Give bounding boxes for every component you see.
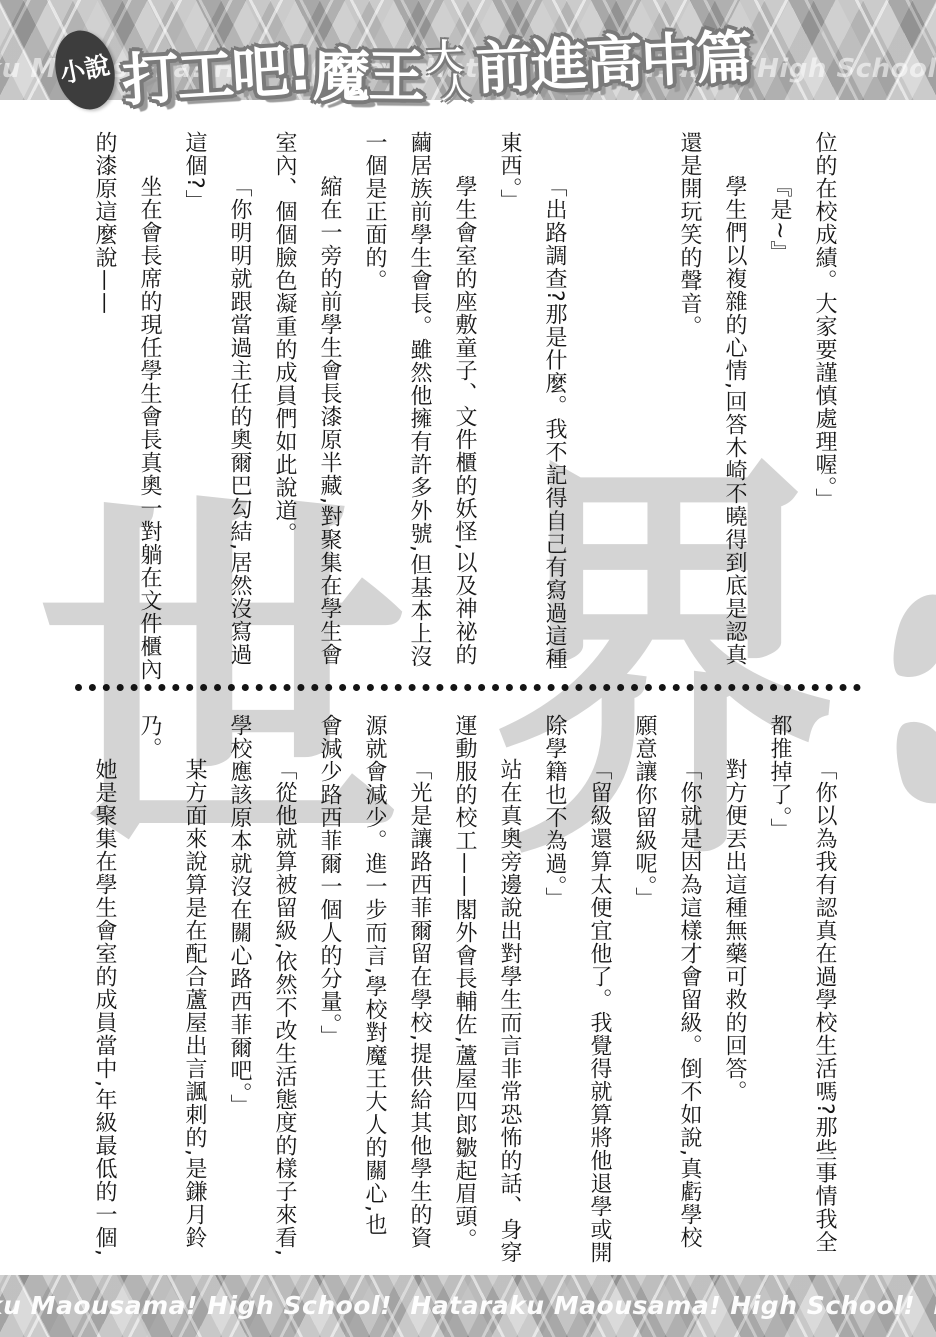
text-line: 某方面來說算是在配合蘆屋出言諷刺的,是鎌月鈴 <box>172 714 217 1266</box>
text-line: 運動服的校工——閣外會長輔佐,蘆屋四郎皺起眉頭。 <box>442 714 487 1266</box>
title-part-2: 魔王 <box>313 48 423 106</box>
text-line: 會減少路西菲爾一個人的分量。」 <box>307 714 352 1266</box>
title-block: 小說 打工吧! 魔王 大 人 前進高中篇 <box>56 24 751 116</box>
novel-badge: 小說 <box>47 24 123 116</box>
novel-badge-label: 小說 <box>58 53 112 88</box>
title-part-1: 打工吧! <box>121 42 313 110</box>
text-line: 學生們以複雜的心情,回答木崎不曉得到底是認真 <box>712 131 757 683</box>
text-line: 室內、個個臉色凝重的成員們如此說道。 <box>262 131 307 683</box>
text-line: 「你就是因為這樣才會留級。倒不如說,真虧學校 <box>667 714 712 1266</box>
text-line: 的漆原這麼說—— <box>82 131 127 683</box>
bottom-banner-text: ku Maousama! High School! Hataraku Maous… <box>0 1291 936 1320</box>
text-line: 源就會減少。進一步而言,學校對魔王大人的關心,也 <box>352 714 397 1266</box>
text-line: 除學籍也不為過。」 <box>532 714 577 1266</box>
text-line: 位的在校成績。大家要謹慎處理喔。」 <box>802 131 847 683</box>
watermark-partial-shape-bottom <box>888 715 936 811</box>
text-line: 對方便丟出這種無藥可救的回答。 <box>712 714 757 1266</box>
text-line: 「光是讓路西菲爾留在學校,提供給其他學生的資 <box>397 714 442 1266</box>
text-line: 都推掉了。」 <box>757 714 802 1266</box>
text-line: 「從他就算被留級,依然不改生活態度的樣子來看, <box>262 714 307 1266</box>
text-line: 這個?」 <box>172 131 217 683</box>
text-line: 「留級還算太便宜他了。我覺得就算將他退學或開 <box>577 714 622 1266</box>
text-line: 「你明明就跟當過主任的奧爾巴勾結,居然沒寫過 <box>217 131 262 683</box>
novel-text-bottom-section: 「你以為我有認真在過學校生活嗎?那些事情我全都推掉了。」對方便丟出這種無藥可救的… <box>75 714 847 1266</box>
text-line: 學校應該原本就沒在關心路西菲爾吧。」 <box>217 714 262 1266</box>
section-divider-dotted-line <box>75 684 861 691</box>
text-line: 「你以為我有認真在過學校生活嗎?那些事情我全 <box>802 714 847 1266</box>
title-small-bottom: 人 <box>441 74 471 101</box>
book-title: 打工吧! 魔王 大 人 前進高中篇 <box>121 33 751 108</box>
text-line: 『是~』 <box>757 131 802 683</box>
text-line: 繭居族前學生會長。雖然他擁有許多外號,但基本上沒 <box>397 131 442 683</box>
bottom-banner: ku Maousama! High School! Hataraku Maous… <box>0 1275 936 1337</box>
watermark-partial-shape-top <box>886 587 936 685</box>
text-line: 她是聚集在學生會室的成員當中,年級最低的一個, <box>82 714 127 1266</box>
text-line: 一個是正面的。 <box>352 131 397 683</box>
novel-page: ku Maousama! High School! Hataraku Maous… <box>0 0 936 1337</box>
text-line: 學生會室的座敷童子、文件櫃的妖怪,以及神祕的 <box>442 131 487 683</box>
text-line: 乃。 <box>127 714 172 1266</box>
text-line: 願意讓你留級呢。」 <box>622 714 667 1266</box>
novel-text-top-section: 位的在校成績。大家要謹慎處理喔。」『是~』學生們以複雜的心情,回答木崎不曉得到底… <box>75 131 847 683</box>
text-line: 「出路調查?那是什麼。我不記得自己有寫過這種 <box>532 131 577 683</box>
text-line: 站在真奧旁邊說出對學生而言非常恐怖的話、身穿 <box>487 714 532 1266</box>
text-line: 縮在一旁的前學生會長漆原半藏,對聚集在學生會 <box>307 131 352 683</box>
text-line: 坐在會長席的現任學生會長真奧一對躺在文件櫃內 <box>127 131 172 683</box>
title-small-stack: 大 人 <box>426 42 471 102</box>
title-part-3: 前進高中篇 <box>475 29 752 98</box>
text-line: 東西。」 <box>487 131 532 683</box>
text-line: 還是開玩笑的聲音。 <box>667 131 712 683</box>
